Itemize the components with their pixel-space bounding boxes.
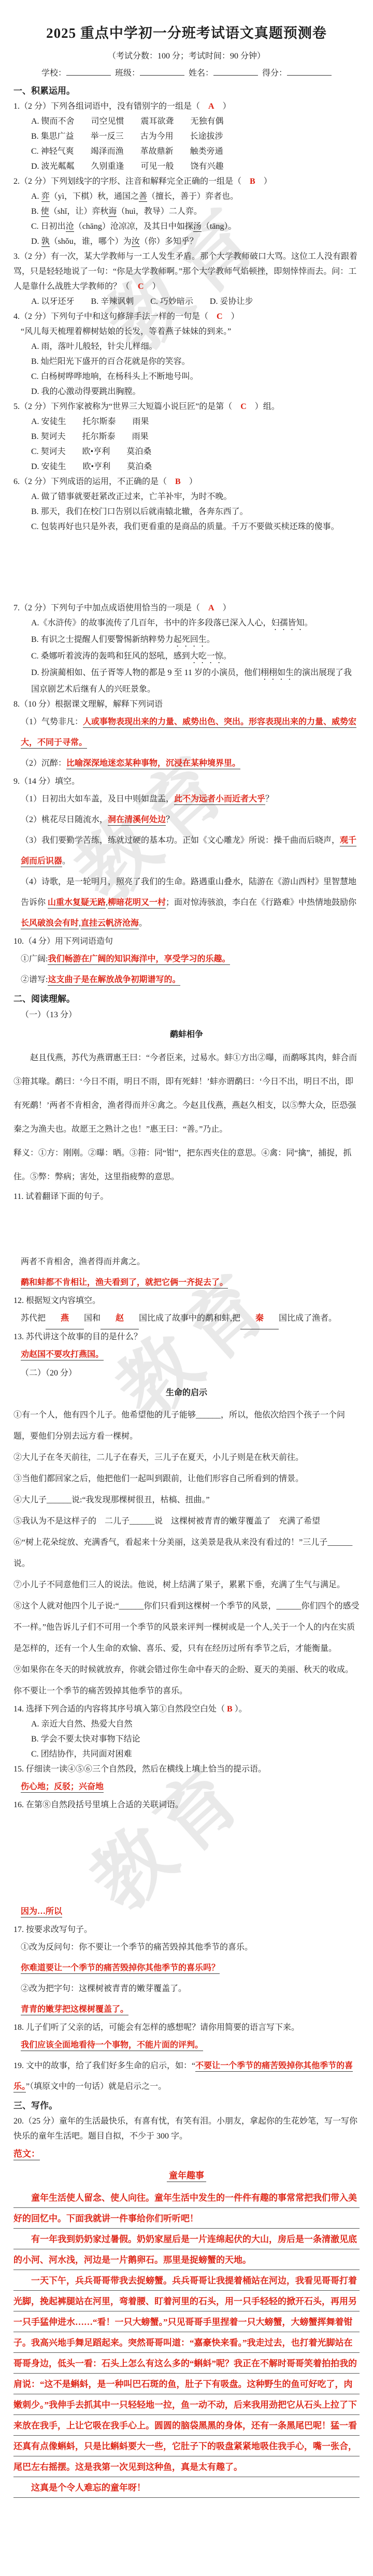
- segment-u: 汝: [132, 237, 140, 247]
- question-17-sub-2: ②改为把字句：这棵树被青青的嫩芽覆盖了。: [13, 1979, 360, 1999]
- option-line: A. 做了错事就要赶紧改正过来，亡羊补牢，为时不晚。: [13, 489, 360, 504]
- segment-text: C. 日初出: [31, 222, 66, 231]
- segment-u: 诲: [108, 207, 117, 217]
- segment-red-u: 此不为远者小而近者大乎: [174, 795, 265, 805]
- question-11-quote: 两者不肯相舍，渔者得而并禽之。: [13, 1252, 360, 1272]
- question-6-stem: 6.（2 分）下列成语的运用，不正确的是（ B ）: [13, 474, 360, 489]
- section-1-heading: 一、积累运用。: [13, 83, 360, 99]
- reading-part-1-passage: 赵且伐燕，苏代为燕谓惠王曰：“今者臣来，过易水。蚌①方出②曝，而鹬啄其肉，蚌合而…: [13, 1046, 360, 1141]
- question-11-answer: 鹬和蚌都不肯相让，渔夫看到了，就把它俩一齐捉去了。: [13, 1272, 360, 1293]
- option-line: B. 灿烂阳光下盛开的百合花就是你的笑容。: [13, 354, 360, 369]
- question-15-answer: 伤心地；反驳；兴奋地: [13, 1777, 360, 1797]
- question-1-stem: 1.（2 分）下列各组词语中，没有错别字的一组是（ A ）: [13, 99, 360, 114]
- question-2-stem: 2.（2 分）下列划线字的字形、注音和解释完全正确的一组是（ B ）: [13, 174, 360, 189]
- option-line: A. 安徒生 托尔斯泰 雨果: [13, 414, 360, 429]
- segment-text: B. 有识之士提醒人们要警惕新纳粹势力: [31, 635, 174, 644]
- segment-u: 汤: [193, 222, 202, 232]
- option-line: B. 那天，我们在校门口告别以后就南辕北辙，各奔东西了。: [13, 504, 360, 519]
- question-10: 10.（4 分）用下列词语造句 ①广阔:我们畅游在广阔的知识海洋中，享受学习的乐…: [13, 934, 360, 990]
- school-blank-line: [66, 68, 111, 76]
- segment-text: ”（填原文中的一句话）就是启示之一。: [26, 2082, 166, 2091]
- option-line: C. 白杨树哗哗地响，在杨科头上不断地号叫。: [13, 369, 360, 384]
- question-20-stem: 20.（25 分）童年的生活最快乐，有喜有忧，有笑有泪。小朋友，拿起你的生花妙笔…: [13, 2114, 360, 2144]
- segment-text: 19. 文中的故事，给了我们好多生命的启示，如：“: [13, 2061, 195, 2070]
- segment-red: B: [227, 1705, 233, 1714]
- question-8-item-1: （1）气势非凡：人或事物表现出来的力量、威势出色、突出。形容表现出来的力量、威势…: [13, 712, 360, 753]
- option-line: C. 团结协作，共同面对困难: [13, 1747, 360, 1762]
- segment-u: 孰: [41, 237, 50, 247]
- answer-text: 伤心地；反驳；兴奋地: [21, 1782, 104, 1793]
- question-15-stem: 15. 仔细读一读④⑤⑥三个自然段，然后在横线上填上恰当的提示语。: [13, 1762, 360, 1777]
- segment-text: （你）多知乎？: [140, 237, 198, 246]
- segment-text: ）组。: [247, 402, 280, 411]
- question-18: 18. 儿子们听了父亲的话，可能会有怎样的感想呢？请你用简要的语言写下来。 我们…: [13, 2020, 360, 2056]
- segment-text: 。: [305, 619, 313, 627]
- segment-red-u: 长风破浪会有时: [21, 919, 79, 929]
- segment-red: B: [175, 477, 181, 486]
- essay-paragraph: 有一年我到奶奶家过暑假。奶奶家屋后是一片连绵起伏的大山，房后是一条清澈见底的小河…: [13, 2229, 360, 2271]
- segment-red-u: 这支曲子是在解放战争初期谱写的。: [48, 975, 180, 986]
- question-2-option-a: A. 弈（yì，下棋）秋，通国之善（擅长，善于）弈者也。: [13, 189, 360, 204]
- section-2-heading: 二、阅读理解。: [13, 991, 360, 1007]
- page-break-gap: [13, 1204, 360, 1252]
- exam-paper: 教育 教育 教育 教育 2025 重点中学初一分班考试语文真题预测卷 （考试分数…: [0, 0, 373, 2576]
- question-9-stem: 9.（14 分）填空。: [13, 774, 360, 789]
- reading-part-1-title: 鹬蚌相争: [13, 1023, 360, 1046]
- reading-part-2-title: 生命的启示: [13, 1382, 360, 1404]
- segment-text: 4.（2 分）下列句子中和这句修辞手法一样的一句是（: [13, 312, 217, 321]
- passage-paragraph: ⑤我认为不是这样子的 二儿子______说 这棵树被青青的嫩芽覆盖了 充满了希望: [13, 1511, 360, 1532]
- question-17-answer-2: 青青的嫩芽把这棵树覆盖了。: [13, 1999, 360, 2020]
- segment-text: 。: [62, 857, 70, 866]
- question-6-options: A. 做了错事就要赶紧改正过来，亡羊补牢，为时不晚。B. 那天，我们在校门口告别…: [13, 489, 360, 534]
- segment-text: （1）气势非凡：: [21, 718, 83, 726]
- segment-dot: 大吃一惊: [190, 652, 223, 661]
- segment-red: C: [217, 312, 223, 321]
- segment-text: 6.（2 分）下列成语的运用，不正确的是（: [13, 477, 175, 486]
- question-18-stem: 18. 儿子们听了父亲的话，可能会有怎样的感想呢？请你用简要的语言写下来。: [13, 2020, 360, 2035]
- question-7-option-a: A.《水浒传》的故事流传了几百年，书中的许多段落已深入人心，妇孺皆知。: [13, 616, 360, 632]
- segment-text: A.《水浒传》的故事流传了几百年，书中的许多段落已深入人心，: [31, 619, 271, 627]
- question-9-item-1: （1）日初出大如车盖，及日中则如盘盂，此不为远者小而近者大乎？: [13, 789, 360, 810]
- class-blank-line: [140, 68, 184, 76]
- question-1-options: A. 锲而不舍 司空见惯 震耳欲聋 无独有偶B. 集思广益 举一反三 古为今用 …: [13, 114, 360, 174]
- option-line: C. 契诃夫 欧•亨利 莫泊桑: [13, 444, 360, 459]
- question-17-sub-1: ①改为反问句：你不要让一个季节的痛苦毁掉其他季节的喜乐。: [13, 1937, 360, 1958]
- name-field: 姓名：: [189, 69, 258, 78]
- question-16-answer: 因为…所以: [13, 1901, 360, 1922]
- segment-text: 。: [139, 919, 147, 928]
- essay-title-row: 童年趣事: [13, 2164, 360, 2188]
- segment-text: （shǒu，谁，哪个）为: [50, 237, 132, 246]
- question-4-quote: “风儿每天梳理着柳树姑娘的长发，等着燕子妹妹的到来。”: [13, 324, 360, 339]
- segment-text: （yì，下棋）秋，通国之: [50, 192, 139, 201]
- section-3-heading: 三、写作。: [13, 2098, 360, 2114]
- question-12-stem: 12. 根据短文内容填空。: [13, 1293, 360, 1308]
- segment-text: ）: [255, 177, 272, 186]
- segment-text: （shǐ，让）弈秋: [49, 207, 109, 216]
- question-13: 13. 苏代讲这个故事的目的是什么？ 劝赵国不要攻打燕国。: [13, 1329, 360, 1365]
- question-12: 12. 根据短文内容填空。 苏代把燕国和赵国比成了故事中的鹬和蚌,把秦国比成了渔…: [13, 1293, 360, 1329]
- segment-text: 国和: [84, 1314, 101, 1323]
- segment-text: 7.（2 分）下列句子中加点成语使用恰当的一项是（: [13, 604, 208, 612]
- question-13-stem: 13. 苏代讲这个故事的目的是什么？: [13, 1329, 360, 1344]
- answer-text: 鹬和蚌都不肯相让，渔夫看到了，就把它俩一齐捉去了。: [21, 1278, 228, 1289]
- segment-text: （huì，教导）二人弈。: [117, 207, 202, 216]
- question-3: 3.（2 分）有一次，某大学教师与一工人发生矛盾。那个大学教师破口大骂。这位工人…: [13, 249, 360, 309]
- segment-red-u: 直挂云帆济沧海: [81, 919, 139, 929]
- essay-body: 童年生活使人留念、使人向往。童年生活中发生的一件件有趣的事常常把我们带入美好的回…: [13, 2188, 360, 2498]
- segment-text: 2.（2 分）下列划线字的字形、注音和解释完全正确的一组是（: [13, 177, 250, 186]
- passage-paragraph: ⑧这个人就对他四个儿子说:“______你们只看到这棵树一个季节的风景，____…: [13, 1596, 360, 1659]
- school-label: 学校：: [41, 69, 66, 78]
- segment-text: 14. 选择下列合适的内容将其序号填入第①自然段空白处（: [13, 1705, 227, 1714]
- segment-red-u: 柳暗花明又一村: [108, 898, 166, 909]
- score-field: 得分：: [262, 69, 332, 78]
- question-5: 5.（2 分）下列作家被称为“世界三大短篇小说巨匠”的是第（ C ）组。 A. …: [13, 399, 360, 474]
- question-7: 7.（2 分）下列句子中加点成语使用恰当的一项是（ A ） A.《水浒传》的故事…: [13, 601, 360, 697]
- question-16: 16. 在第⑧自然段括号里填上合适的关联词语。 因为…所以: [13, 1797, 360, 1922]
- exam-meta: （考试分数：100 分；考试时间：90 分钟）: [13, 49, 360, 61]
- segment-text: 苏代把: [21, 1314, 46, 1323]
- segment-text: （chāng）沧凉凉，及其日中如探: [74, 222, 193, 231]
- segment-text: 1.（2 分）下列各组词语中，没有错别字的一组是（: [13, 102, 208, 111]
- segment-red-u: 洞在清溪何处边: [108, 815, 166, 826]
- segment-dot: 妇孺皆知: [271, 619, 305, 627]
- essay-paragraph: 一天下午，兵兵哥哥带我去捉螃蟹。兵兵哥哥让我提着桶站在河边，我看见哥哥打着光脚，…: [13, 2271, 360, 2478]
- answer-text: 因为…所以: [21, 1907, 62, 1918]
- segment-u: 弈: [41, 192, 50, 202]
- student-info-line: 学校： 班级： 姓名： 得分：: [13, 66, 360, 78]
- reading-part-2-label: （二）（20 分）: [13, 1365, 360, 1382]
- sample-essay-label: 范文：: [13, 2144, 360, 2164]
- segment-text: C. 桑娜听着波涛的轰鸣和狂风的怒吼，感到: [31, 652, 190, 661]
- question-11-stem: 11. 试着翻译下面的句子。: [13, 1189, 360, 1204]
- question-6: 6.（2 分）下列成语的运用，不正确的是（ B ） A. 做了错事就要赶紧改正过…: [13, 474, 360, 534]
- segment-red-u: 我们畅游在广阔的知识海洋中，享受学习的乐趣。: [48, 955, 230, 965]
- segment-text: ①广阔:: [21, 955, 48, 963]
- segment-red: A: [208, 604, 214, 612]
- question-7-stem: 7.（2 分）下列句子中加点成语使用恰当的一项是（ A ）: [13, 601, 360, 616]
- reading-part-1-label: （一）（13 分）: [13, 1007, 360, 1023]
- question-2-option-b: B. 使（shǐ，让）弈秋诲（huì，教导）二人弈。: [13, 204, 360, 219]
- option-line: A. 锲而不舍 司空见惯 震耳欲聋 无独有偶: [13, 114, 360, 129]
- segment-u: 善: [139, 192, 147, 202]
- question-14-options: A. 亲近大自然、热爱大自然B. 学会不要太快对事物下结论C. 团结协作，共同面…: [13, 1717, 360, 1762]
- question-19-stem: 19. 文中的故事，给了我们好多生命的启示，如：“不要让一个季节的痛苦毁掉你其他…: [13, 2056, 360, 2097]
- question-9: 9.（14 分）填空。 （1）日初出大如车盖，及日中则如盘盂，此不为远者小而近者…: [13, 774, 360, 934]
- segment-text: ）: [214, 102, 231, 111]
- passage-paragraph: ⑦小儿子不同意他们三人的说法。他说，树上结满了果子，累累下垂，充满了生气与满足。: [13, 1574, 360, 1596]
- answer-text: 劝赵国不要攻打燕国。: [21, 1350, 104, 1360]
- segment-text: B.: [31, 207, 41, 216]
- question-10-item-1: ①广阔:我们畅游在广阔的知识海洋中，享受学习的乐趣。: [13, 949, 360, 970]
- segment-text: （tāng）。: [202, 222, 237, 231]
- question-2: 2.（2 分）下列划线字的字形、注音和解释完全正确的一组是（ B ） A. 弈（…: [13, 174, 360, 249]
- passage-paragraph: ⑨如果你在冬天的时候就放弃，你就会错过你生命中春天的企盼、夏天的美丽、秋天的收成…: [13, 1659, 360, 1702]
- option-line: A. 亲近大自然、热爱大自然: [13, 1717, 360, 1732]
- segment-text: D.: [31, 237, 41, 246]
- page-break-gap: [13, 534, 360, 601]
- segment-text: 国比成了故事中的鹬和蚌,把: [139, 1314, 240, 1323]
- question-7-option-c: C. 桑娜听着波涛的轰鸣和狂风的怒吼，感到大吃一惊。: [13, 649, 360, 665]
- segment-text: 。: [223, 652, 232, 661]
- question-16-stem: 16. 在第⑧自然段括号里填上合适的关联词语。: [13, 1797, 360, 1812]
- class-label: 班级：: [115, 69, 140, 78]
- question-15: 15. 仔细读一读④⑤⑥三个自然段，然后在横线上填上恰当的提示语。 伤心地；反驳…: [13, 1762, 360, 1797]
- name-blank-line: [213, 68, 258, 76]
- question-3-stem: 3.（2 分）有一次，某大学教师与一工人发生矛盾。那个大学教师破口大骂。这位工人…: [13, 249, 360, 294]
- segment-red: C: [240, 402, 247, 411]
- question-8-stem: 8.（10 分）根据课文理解，解释下列词语: [13, 697, 360, 712]
- question-10-item-2: ②谱写:这支曲子是在解放战争初期谱写的。: [13, 970, 360, 990]
- segment-text: （2）桃花尽日随流水，: [21, 815, 108, 824]
- option-line: C. 神轻气爽 竭泽而渔 革故鼎新 触类旁通: [13, 144, 360, 159]
- segment-text: ；面对惊涛骇浪，李白在《行路难》中热情地鼓励你: [166, 898, 356, 907]
- question-3-options: A. 以牙还牙 B. 辛辣讽刺 C. 巧妙暗示 D. 妥协让步: [13, 294, 360, 309]
- segment-red: A: [208, 102, 214, 111]
- question-7-option-d: D. 扮演蔺相如、伍子胥等人物的都是 9 至 11 岁的小演员，他们栩栩如生的演…: [13, 665, 360, 697]
- segment-red: B: [250, 177, 255, 186]
- question-5-stem: 5.（2 分）下列作家被称为“世界三大短篇小说巨匠”的是第（ C ）组。: [13, 399, 360, 414]
- passage-paragraph: ②大儿子在冬天前往，二儿子在春天，三儿子在夏天，小儿子则是在秋天前往。: [13, 1447, 360, 1468]
- page-title: 2025 重点中学初一分班考试语文真题预测卷: [13, 22, 360, 42]
- segment-blank: 秦: [240, 1308, 279, 1329]
- segment-text: 5.（2 分）下列作家被称为“世界三大短篇小说巨匠”的是第（: [13, 402, 240, 411]
- question-9-item-3: （3）我们要勤学苦练，练就过硬的基本功。正如《文心雕龙》所说：操千曲而后晓声，观…: [13, 830, 360, 872]
- question-2-option-c: C. 日初出沧（chāng）沧凉凉，及其日中如探汤（tāng）。: [13, 219, 360, 234]
- label-text: 范文：: [13, 2149, 40, 2160]
- segment-red-u: 比喻深深地迷恋某种事物，沉浸在某种境界里。: [66, 759, 240, 769]
- question-12-fill-line: 苏代把燕国和赵国比成了故事中的鹬和蚌,把秦国比成了渔者。: [13, 1308, 360, 1329]
- question-11: 11. 试着翻译下面的句子。 两者不肯相舍，渔者得而并禽之。 鹬和蚌都不肯相让，…: [13, 1189, 360, 1293]
- option-line: B. 集思广益 举一反三 古为今用 长途拔涉: [13, 129, 360, 144]
- segment-text: （3）我们要勤学苦练，练就过硬的基本功。正如《文心雕龙》所说：操千曲而后晓声，: [21, 836, 340, 845]
- answer-text: 青青的嫩芽把这棵树覆盖了。: [21, 2005, 128, 2015]
- page-break-gap: [13, 1812, 360, 1901]
- reading-part-1-gloss: 释义：①方：刚刚。②曝：晒。③箝：同“钳”，把东西夹住的意思。④禽：同“擒”，捕…: [13, 1141, 360, 1189]
- question-13-answer: 劝赵国不要攻打燕国。: [13, 1344, 360, 1365]
- option-line: D. 我的心激动得要跳出胸膛。: [13, 384, 360, 399]
- segment-text: （擅长，善于）弈者也。: [147, 192, 238, 201]
- question-5-options: A. 安徒生 托尔斯泰 雨果B. 契诃夫 托尔斯泰 雨果C. 契诃夫 欧•亨利 …: [13, 414, 360, 474]
- segment-text: （2）沉醉：: [21, 759, 66, 768]
- segment-u: 沧: [66, 222, 74, 232]
- segment-dot: 栩栩如生: [261, 668, 294, 677]
- question-19: 19. 文中的故事，给了我们好多生命的启示，如：“不要让一个季节的痛苦毁掉你其他…: [13, 2056, 360, 2097]
- score-label: 得分：: [262, 69, 287, 78]
- segment-text: 。: [207, 635, 215, 644]
- essay-paragraph: 童年生活使人留念、使人向往。童年生活中发生的一件件有趣的事常常把我们带入美好的回…: [13, 2188, 360, 2229]
- question-10-stem: 10.（4 分）用下列词语造句: [13, 934, 360, 949]
- segment-text: D. 扮演蔺相如、伍子胥等人物的都是 9 至 11 岁的小演员，他们: [31, 668, 261, 677]
- segment-text: （1）日初出大如车盖，及日中则如盘盂，: [21, 795, 174, 803]
- option-line: C. 包装再好也只是外表，我们更看重的是商品的质量。千万不要做买椟还珠的傻事。: [13, 519, 360, 534]
- question-4-options: A. 雨，落叶儿般轻，针尖儿样细。B. 灿烂阳光下盛开的百合花就是你的笑容。C.…: [13, 339, 360, 399]
- question-1: 1.（2 分）下列各组词语中，没有错别字的一组是（ A ） A. 锲而不舍 司空…: [13, 99, 360, 174]
- name-label: 姓名：: [189, 69, 213, 78]
- segment-text: ）: [181, 477, 197, 486]
- passage-paragraph: ①有一个人，他有四个儿子。他希望他的儿子能够______，所以，他依次给四个孩子…: [13, 1404, 360, 1447]
- answer-text: 你难道要让一个季节的痛苦毁掉你其他季节的喜乐吗？: [21, 1964, 220, 1974]
- question-4-stem: 4.（2 分）下列句子中和这句修辞手法一样的一句是（ C ）: [13, 309, 360, 324]
- segment-text: ②谱写:: [21, 975, 48, 984]
- question-20: 20.（25 分）童年的生活最快乐，有喜有忧，有笑有泪。小朋友，拿起你的生花妙笔…: [13, 2114, 360, 2164]
- question-8: 8.（10 分）根据课文理解，解释下列词语 （1）气势非凡：人或事物表现出来的力…: [13, 697, 360, 774]
- passage-paragraph: ⑥“树上花朵绽放、充满香气，看起来十分美丽，这美景是我从来没有看过的！”三儿子_…: [13, 1532, 360, 1574]
- essay-title: 童年趣事: [167, 2171, 206, 2182]
- option-line: A. 雨，落叶儿般轻，针尖儿样细。: [13, 339, 360, 354]
- segment-text: 国比成了渔者。: [279, 1314, 337, 1323]
- school-field: 学校：: [41, 69, 111, 78]
- segment-blank: 赵: [101, 1308, 139, 1329]
- segment-blank: 燕: [46, 1308, 84, 1329]
- question-4: 4.（2 分）下列句子中和这句修辞手法一样的一句是（ C ） “风儿每天梳理着柳…: [13, 309, 360, 399]
- question-9-item-4: （4）诗歌，是一轮明月，照亮了我们的生命。路遇重山叠水，陆游在《游山西村》里智慧…: [13, 872, 360, 934]
- segment-text: 3.（2 分）有一次，某大学教师与一工人发生矛盾。那个大学教师破口大骂。这位工人…: [13, 252, 357, 291]
- passage-paragraph: ③当他们都回家之后，他把他们一起叫到跟前，让他们形容自己所看到的情景。: [13, 1468, 360, 1489]
- segment-u: 使: [41, 207, 49, 217]
- question-2-option-d: D. 孰（shǒu，谁，哪个）为汝（你）多知乎？: [13, 234, 360, 249]
- segment-text: ）: [214, 604, 231, 612]
- option-line: B. 学会不要太快对事物下结论: [13, 1732, 360, 1747]
- segment-text: ？: [166, 815, 174, 824]
- option-line: D. 波光粼粼 久别重逢 可见一般 饶有兴趣: [13, 159, 360, 174]
- reading-part-2-paragraphs: ①有一个人，他有四个儿子。他希望他的儿子能够______，所以，他依次给四个孩子…: [13, 1404, 360, 1702]
- option-line: A. 以牙还牙 B. 辛辣讽刺 C. 巧妙暗示 D. 妥协让步: [13, 294, 360, 309]
- option-line: D. 安徒生 欧•亨利 莫泊桑: [13, 459, 360, 474]
- segment-text: ）: [223, 312, 239, 321]
- score-blank-line: [287, 68, 332, 76]
- segment-red: C: [138, 282, 144, 291]
- class-field: 班级：: [115, 69, 184, 78]
- segment-text: ）: [144, 282, 161, 291]
- question-7-option-b: B. 有识之士提醒人们要警惕新纳粹势力起死回生。: [13, 632, 360, 649]
- segment-text: A.: [31, 192, 41, 201]
- option-line: B. 契诃夫 托尔斯泰 雨果: [13, 429, 360, 444]
- question-17-answer-1: 你难道要让一个季节的痛苦毁掉你其他季节的喜乐吗？: [13, 1958, 360, 1979]
- segment-dot: 起死回生: [174, 635, 207, 644]
- segment-red-u: 山重水复疑无路: [48, 898, 106, 909]
- question-8-item-2: （2）沉醉：比喻深深地迷恋某种事物，沉浸在某种境界里。: [13, 753, 360, 774]
- question-14: 14. 选择下列合适的内容将其序号填入第①自然段空白处（ B ）。 A. 亲近大…: [13, 1702, 360, 1762]
- question-17: 17. 按要求改写句子。 ①改为反问句：你不要让一个季节的痛苦毁掉其他季节的喜乐…: [13, 1922, 360, 2020]
- question-14-stem: 14. 选择下列合适的内容将其序号填入第①自然段空白处（ B ）。: [13, 1702, 360, 1717]
- passage-paragraph: ④大儿子______说:“我发现那棵树很丑，枯槁、扭曲。”: [13, 1489, 360, 1511]
- answer-text: 我们应该全面地看待一个事物，不能片面的评判。: [21, 2041, 203, 2051]
- question-9-item-2: （2）桃花尽日随流水，洞在清溪何处边？: [13, 810, 360, 830]
- question-17-stem: 17. 按要求改写句子。: [13, 1922, 360, 1937]
- essay-paragraph: 这真是个令人难忘的童年呀！: [13, 2478, 360, 2498]
- segment-text: ？: [265, 795, 274, 803]
- question-18-answer: 我们应该全面地看待一个事物，不能片面的评判。: [13, 2035, 360, 2056]
- segment-text: ）。: [233, 1705, 247, 1714]
